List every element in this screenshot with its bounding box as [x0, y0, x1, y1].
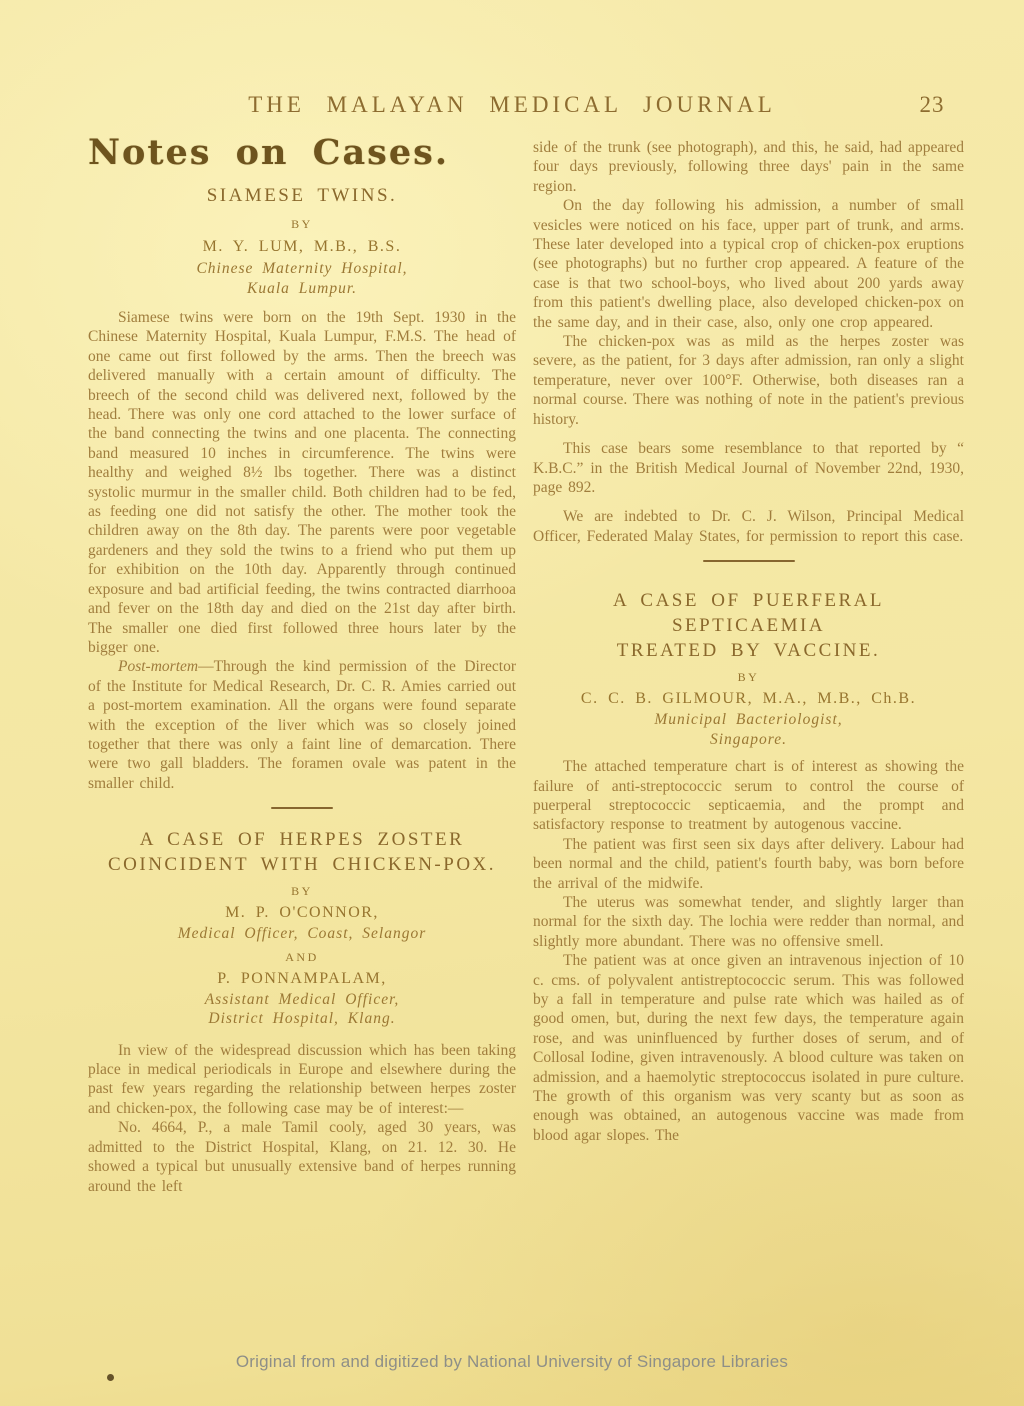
- paragraph-lead: Post-mortem: [118, 658, 198, 675]
- paragraph: The patient was at once given an intrave…: [533, 951, 964, 1145]
- author-affiliation: Medical Officer, Coast, Selangor: [88, 924, 516, 944]
- article-body: The attached temperature chart is of int…: [533, 757, 964, 1145]
- journal-title: THE MALAYAN MEDICAL JOURNAL: [0, 92, 1024, 118]
- page-number: 23: [900, 92, 964, 118]
- author-name: M. Y. LUM, M.B., B.S.: [88, 238, 516, 256]
- right-column: side of the trunk (see photograph), and …: [533, 132, 964, 1145]
- author-affiliation: Singapore.: [533, 730, 964, 750]
- author-affiliation: Municipal Bacteriologist,: [533, 710, 964, 730]
- article-title-herpes-zoster: A CASE OF HERPES ZOSTER COINCIDENT WITH …: [88, 827, 516, 877]
- ink-spot: [107, 1374, 114, 1381]
- separator-rule: [271, 807, 333, 809]
- paragraph: This case bears some resemblance to that…: [533, 439, 964, 497]
- paragraph: No. 4664, P., a male Tamil cooly, aged 3…: [88, 1118, 516, 1196]
- author-name: M. P. O'CONNOR,: [88, 904, 516, 922]
- article-title-line: A CASE OF HERPES ZOSTER: [88, 827, 516, 852]
- paragraph: In view of the widespread discussion whi…: [88, 1041, 516, 1119]
- article-title-line: COINCIDENT WITH CHICKEN-POX.: [88, 852, 516, 877]
- digitization-credit: Original from and digitized by National …: [0, 1352, 1024, 1372]
- and-label: AND: [88, 950, 516, 965]
- paragraph-rest: —Through the kind permission of the Dire…: [88, 658, 516, 791]
- left-column: Notes on Cases. SIAMESE TWINS. BY M. Y. …: [88, 132, 516, 1196]
- paragraph: The attached temperature chart is of int…: [533, 757, 964, 835]
- article-title-line: TREATED BY VACCINE.: [533, 638, 964, 663]
- article-body: side of the trunk (see photograph), and …: [533, 138, 964, 546]
- author-name: C. C. B. GILMOUR, M.A., M.B., Ch.B.: [533, 690, 964, 708]
- separator-rule: [703, 560, 795, 562]
- article-title-puerperal-septicaemia: A CASE OF PUERFERAL SEPTICAEMIA TREATED …: [533, 588, 964, 663]
- article-title-line: A CASE OF PUERFERAL SEPTICAEMIA: [533, 588, 964, 638]
- paragraph: We are indebted to Dr. C. J. Wilson, Pri…: [533, 507, 964, 546]
- paragraph: Siamese twins were born on the 19th Sept…: [88, 308, 516, 657]
- article-body: Siamese twins were born on the 19th Sept…: [88, 308, 516, 793]
- journal-page-scan: THE MALAYAN MEDICAL JOURNAL 23 Notes on …: [0, 0, 1024, 1406]
- byline-label: BY: [533, 670, 964, 685]
- author-name: P. PONNAMPALAM,: [88, 970, 516, 988]
- paragraph-continued: side of the trunk (see photograph), and …: [533, 138, 964, 196]
- article-title-siamese-twins: SIAMESE TWINS.: [88, 183, 516, 208]
- paragraph: The chicken-pox was as mild as the herpe…: [533, 332, 964, 429]
- author-affiliation: Assistant Medical Officer,: [88, 990, 516, 1010]
- article-body: In view of the widespread discussion whi…: [88, 1041, 516, 1196]
- paragraph: The patient was first seen six days afte…: [533, 835, 964, 893]
- author-affiliation: District Hospital, Klang.: [88, 1009, 516, 1029]
- author-affiliation: Chinese Maternity Hospital,: [88, 259, 516, 279]
- byline-label: BY: [88, 217, 516, 232]
- byline-label: BY: [88, 884, 516, 899]
- paragraph: On the day following his admission, a nu…: [533, 196, 964, 332]
- masthead-title: Notes on Cases.: [88, 132, 516, 173]
- paragraph: Post-mortem—Through the kind permission …: [88, 657, 516, 793]
- paragraph: The uterus was somewhat tender, and slig…: [533, 893, 964, 951]
- author-affiliation: Kuala Lumpur.: [88, 279, 516, 299]
